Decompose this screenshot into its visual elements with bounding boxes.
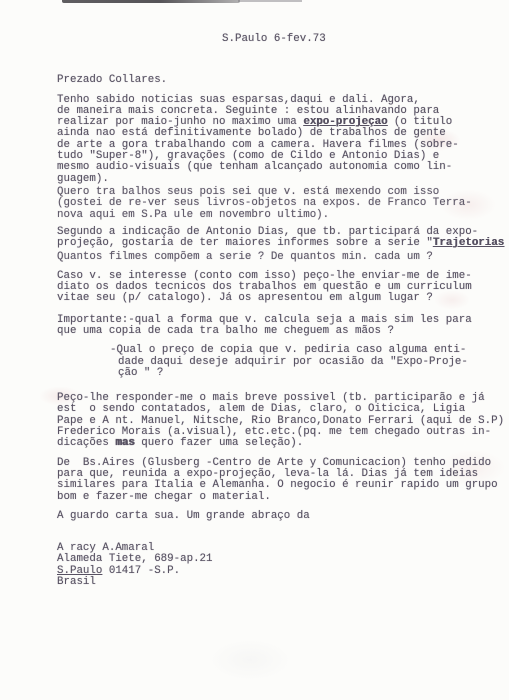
letter-paragraph-5: Caso v. se interesse (conto com isso) pe… xyxy=(57,271,509,305)
letter-paragraph-8: Peço-lhe responder-me o mais breve possi… xyxy=(57,393,509,449)
letter-line: que uma copia de cada tra balho me chegu… xyxy=(57,326,509,337)
signature-city: S.Paulo 01417 -S.P. xyxy=(57,566,509,577)
letter-line: similares para Italia e Alemanha. O nego… xyxy=(57,480,509,491)
underlined-segment: Trajetorias xyxy=(433,237,504,249)
scan-artifact xyxy=(238,0,302,2)
letter-paragraph-4: Quantos filmes compõem a serie ? De quan… xyxy=(57,252,509,263)
letter-paragraph-3: Segundo a indicação de Antonio Dias, que… xyxy=(57,227,509,250)
letter-line: -Qual o preço de copia que v. pediria ca… xyxy=(110,345,509,356)
letter-line: Quantos filmes compõem a serie ? De quan… xyxy=(57,252,509,263)
scan-artifact xyxy=(62,0,240,3)
letter-line: dicações mas quero fazer uma seleção). xyxy=(57,438,509,449)
letter-line: nova aqui em S.Pa ule em novembro ultimo… xyxy=(57,210,509,221)
letter-page: S.Paulo 6-fev.73 Prezado Collares. Tenho… xyxy=(0,0,509,700)
letter-line: guagem). xyxy=(57,174,509,185)
text-segment: projeção, gostaria de ter maiores inform… xyxy=(57,237,433,249)
letter-line: (gostei de re-ver seus livros-objetos na… xyxy=(57,198,509,209)
text-segment: dicações xyxy=(57,437,115,449)
text-segment: 01417 -S.P. xyxy=(102,565,180,577)
letter-paragraph-1: Tenho sabido noticias suas esparsas,daqu… xyxy=(57,95,509,185)
signature-country: Brasil xyxy=(57,577,509,588)
letter-line: bom e fazer-me chegar o material. xyxy=(57,492,509,503)
overstruck-segment: mas xyxy=(115,437,134,449)
letter-paragraph-6: Importante:-qual a forma que v. calcula … xyxy=(57,315,509,338)
letter-line: vitae seu (p/ catalogo). Já os apresento… xyxy=(57,293,509,304)
letter-closing: A guardo carta sua. Um grande abraço da xyxy=(57,511,509,522)
letter-line: mesmo audio-visuais (que tenham alcançad… xyxy=(57,162,509,173)
letter-paragraph-7: -Qual o preço de copia que v. pediria ca… xyxy=(110,345,509,379)
underlined-segment: S.Paulo xyxy=(57,565,102,577)
letter-line: A guardo carta sua. Um grande abraço da xyxy=(57,511,509,522)
text-segment: quero fazer uma seleção). xyxy=(135,437,303,449)
letter-line: projeção, gostaria de ter maiores inform… xyxy=(57,238,509,249)
letter-line: ção " ? xyxy=(118,368,509,379)
letter-greeting: Prezado Collares. xyxy=(57,75,509,86)
letter-paragraph-2: Quero tra balhos seus pois sei que v. es… xyxy=(57,187,509,221)
letter-date: S.Paulo 6-fev.73 xyxy=(222,34,509,45)
signature-block: A racy A.Amaral Alameda Tiete, 689-ap.21… xyxy=(57,543,509,588)
letter-line: dade daqui deseje adquirir por ocasião d… xyxy=(118,357,509,368)
letter-paragraph-9: De Bs.Aires (Glusberg -Centro de Arte y … xyxy=(57,458,509,503)
